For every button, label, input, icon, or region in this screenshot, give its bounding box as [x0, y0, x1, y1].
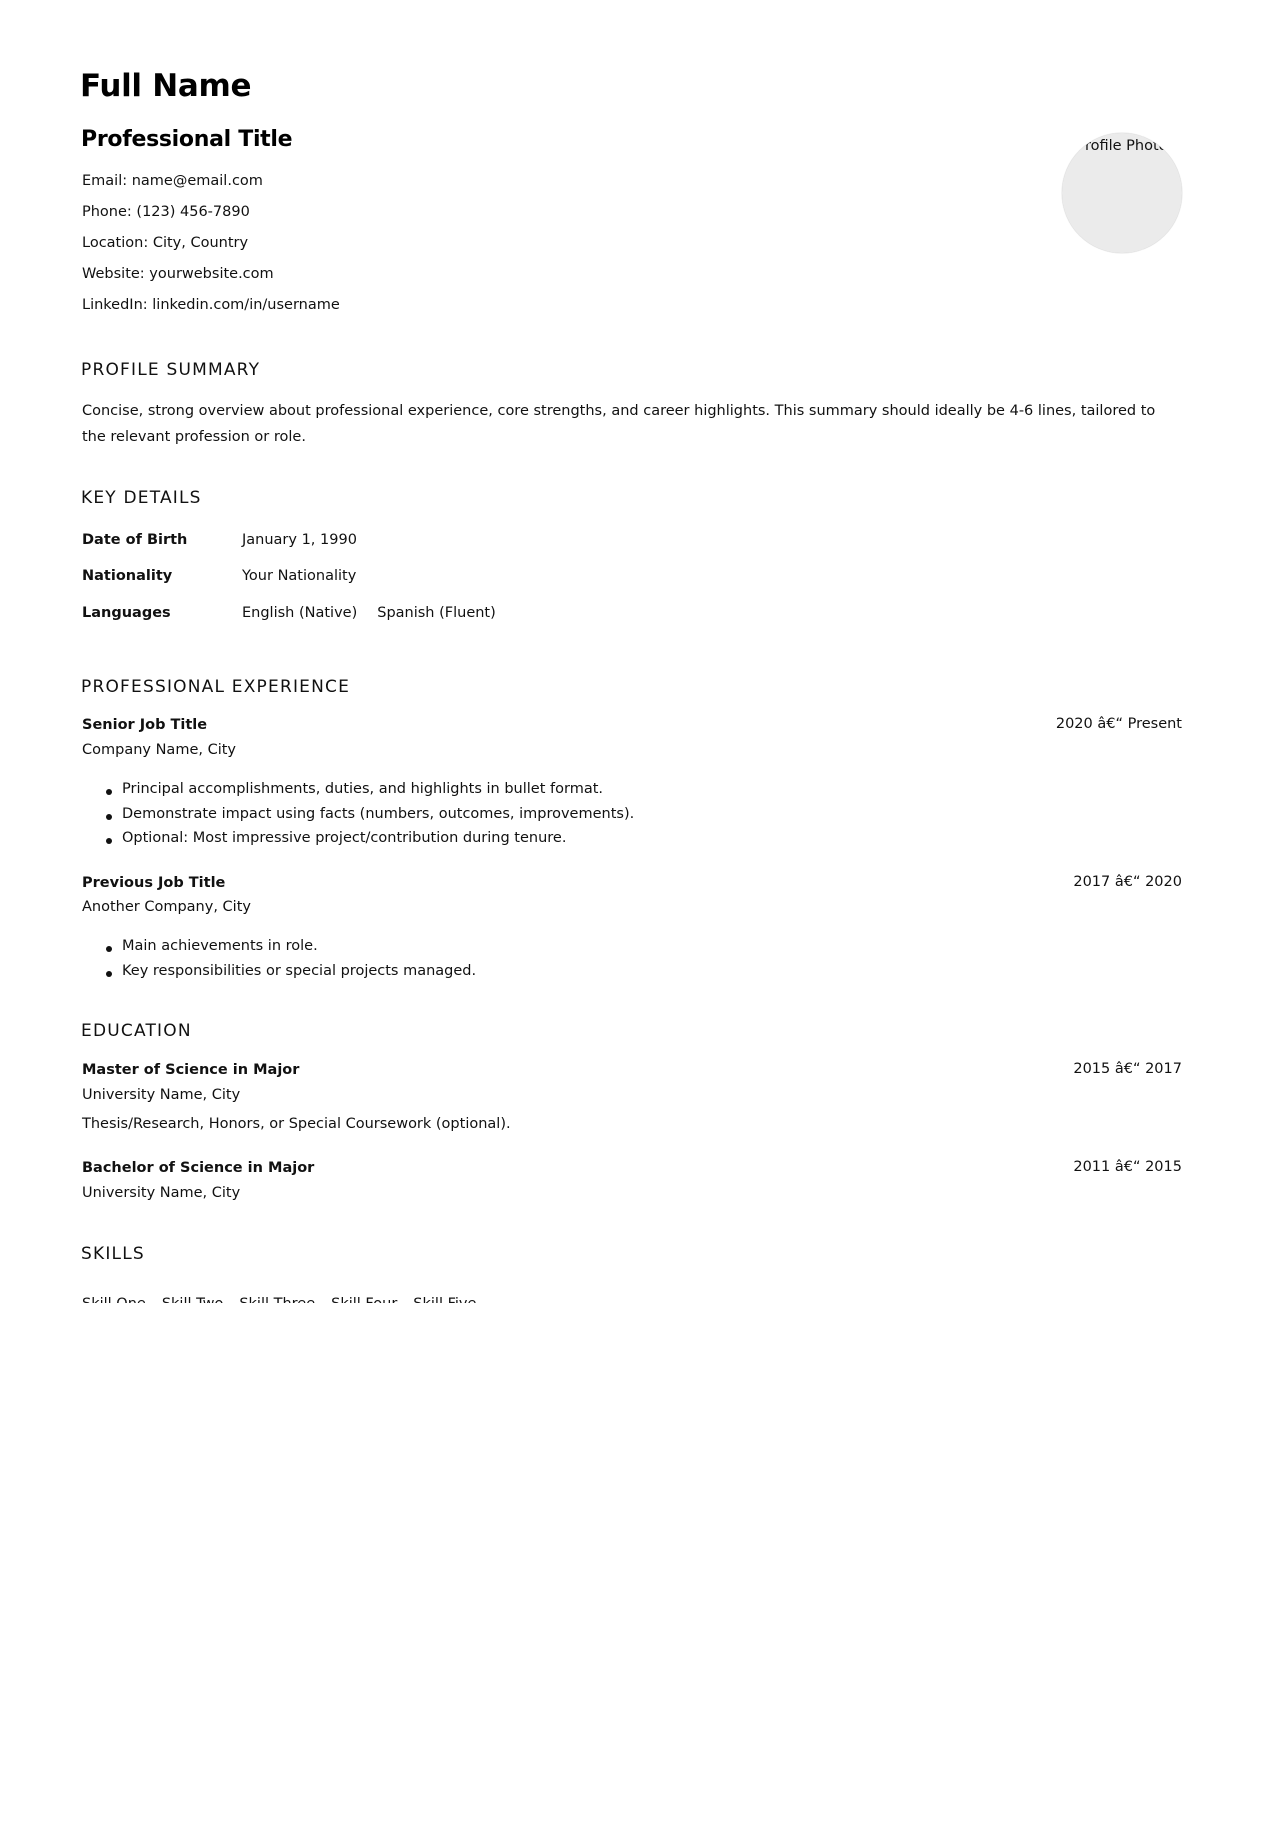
degree-dates: 2011 â€“ 2015: [1073, 1159, 1182, 1175]
job-bullet: Demonstrate impact using facts (numbers,…: [122, 806, 634, 822]
degree-title: Bachelor of Science in Major: [82, 1160, 314, 1176]
key-detail-value-dob: January 1, 1990: [242, 532, 357, 548]
job-bullet: Key responsibilities or special projects…: [122, 963, 476, 979]
job-company: Company Name, City: [82, 742, 236, 758]
skill-item: Skill Three: [239, 1296, 315, 1303]
job-dates: 2017 â€“ 2020: [1073, 874, 1182, 890]
contact-phone: Phone: (123) 456-7890: [82, 204, 250, 220]
job-bullet: Optional: Most impressive project/contri…: [122, 830, 566, 846]
section-heading-profile-summary: PROFILE SUMMARY: [81, 360, 260, 380]
job-bullet: Main achievements in role.: [122, 938, 318, 954]
degree-note: Thesis/Research, Honors, or Special Cour…: [82, 1116, 511, 1132]
profile-photo-label: Profile Photo: [1062, 138, 1182, 154]
language-item: Spanish (Fluent): [377, 605, 496, 621]
job-bullet: Principal accomplishments, duties, and h…: [122, 781, 603, 797]
contact-linkedin: LinkedIn: linkedin.com/in/username: [82, 297, 340, 313]
skill-item: Skill One: [82, 1296, 146, 1303]
profile-photo-placeholder: Profile Photo: [1062, 133, 1182, 253]
degree-title: Master of Science in Major: [82, 1062, 299, 1078]
full-name: Full Name: [80, 68, 251, 104]
key-detail-label-languages: Languages: [82, 605, 171, 621]
skill-item: Skill Five: [413, 1296, 476, 1303]
skill-item: Skill Two: [162, 1296, 223, 1303]
key-detail-label-dob: Date of Birth: [82, 532, 187, 548]
languages-list: English (Native)Spanish (Fluent): [242, 605, 516, 621]
section-heading-experience: PROFESSIONAL EXPERIENCE: [81, 677, 350, 697]
job-title: Senior Job Title: [82, 717, 207, 733]
degree-school: University Name, City: [82, 1185, 240, 1201]
job-dates: 2020 â€“ Present: [1056, 716, 1182, 732]
section-heading-education: EDUCATION: [81, 1021, 192, 1041]
contact-email: Email: name@email.com: [82, 173, 263, 189]
contact-website: Website: yourwebsite.com: [82, 266, 274, 282]
skills-list: Skill OneSkill TwoSkill ThreeSkill FourS…: [82, 1296, 492, 1303]
professional-title: Professional Title: [81, 127, 292, 152]
key-detail-label-nationality: Nationality: [82, 568, 172, 584]
profile-summary-text: Concise, strong overview about professio…: [82, 398, 1182, 450]
section-heading-skills: SKILLS: [81, 1244, 145, 1264]
language-item: English (Native): [242, 605, 357, 621]
job-title: Previous Job Title: [82, 875, 225, 891]
section-heading-key-details: KEY DETAILS: [81, 488, 202, 508]
job-company: Another Company, City: [82, 899, 251, 915]
key-detail-value-nationality: Your Nationality: [242, 568, 356, 584]
resume-page: Full Name Professional Title Email: name…: [0, 0, 1263, 1303]
contact-location: Location: City, Country: [82, 235, 248, 251]
skill-item: Skill Four: [331, 1296, 397, 1303]
degree-dates: 2015 â€“ 2017: [1073, 1061, 1182, 1077]
degree-school: University Name, City: [82, 1087, 240, 1103]
